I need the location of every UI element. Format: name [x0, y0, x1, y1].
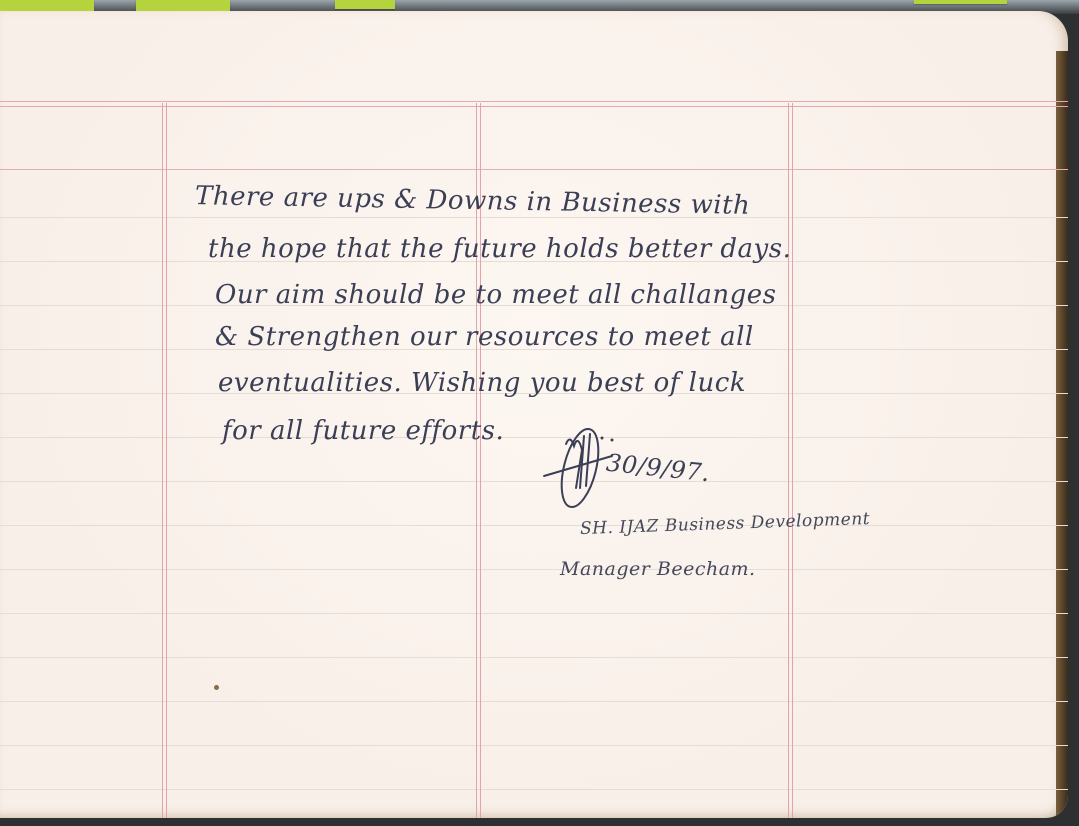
ruled-line	[0, 437, 1068, 438]
message-line-4: & Strengthen our resources to meet all	[215, 322, 754, 352]
column-rule	[788, 103, 793, 818]
message-line-6: for all future efforts.	[222, 416, 504, 446]
page-edge	[1056, 51, 1068, 818]
sticky-tab	[335, 0, 395, 9]
signatory-company: Manager Beecham.	[560, 558, 756, 580]
ruled-line	[0, 657, 1068, 658]
message-line-3: Our aim should be to meet all challanges	[215, 280, 776, 310]
header-double-rule	[0, 101, 1068, 107]
ruled-line	[0, 701, 1068, 702]
ruled-line	[0, 789, 1068, 790]
ruled-line	[0, 569, 1068, 570]
ruled-line	[0, 217, 1068, 218]
column-rule	[162, 103, 167, 818]
ruled-line	[0, 481, 1068, 482]
sticky-tab	[914, 0, 1007, 4]
ledger-page	[0, 11, 1068, 818]
ruled-line	[0, 613, 1068, 614]
header-rule	[0, 169, 1068, 170]
paper-speck	[214, 685, 219, 690]
ruled-line	[0, 745, 1068, 746]
message-line-2: the hope that the future holds better da…	[208, 234, 791, 264]
message-line-5: eventualities. Wishing you best of luck	[218, 368, 746, 398]
ruled-line	[0, 525, 1068, 526]
